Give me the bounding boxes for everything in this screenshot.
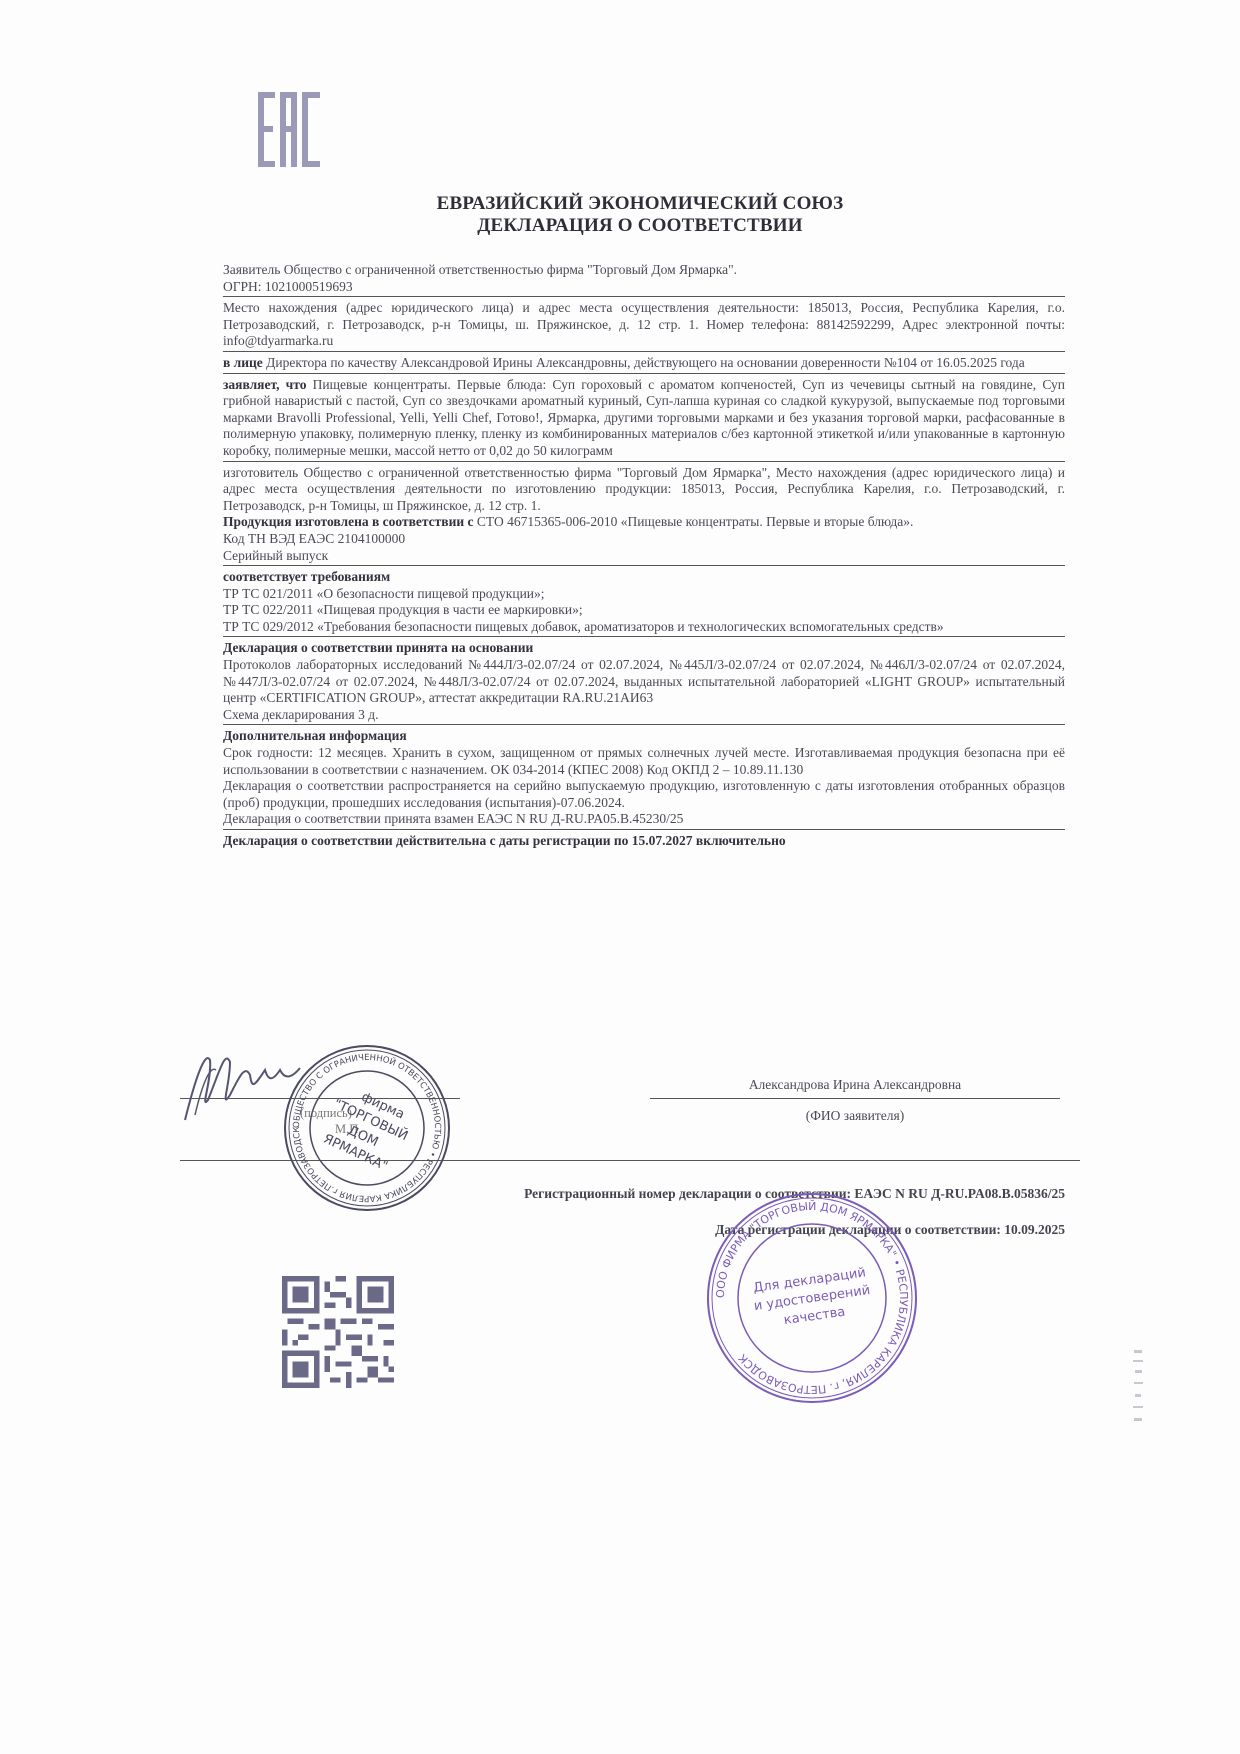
representative-label: в лице — [223, 355, 263, 370]
requirement-item: ТР ТС 021/2011 «О безопасности пищевой п… — [223, 586, 1065, 603]
declares-section: заявляет, что Пищевые концентраты. Первы… — [223, 377, 1065, 462]
requirement-item: ТР ТС 022/2011 «Пищевая продукция в част… — [223, 602, 1065, 619]
standard-text: СТО 46715365-006-2010 «Пищевые концентра… — [474, 514, 914, 529]
eac-mark-icon — [258, 92, 320, 167]
additional-heading: Дополнительная информация — [223, 728, 1065, 745]
fio-caption: (ФИО заявителя) — [660, 1108, 1050, 1124]
requirements-section: соответствует требованиям ТР ТС 021/2011… — [223, 569, 1065, 637]
declares-label: заявляет, что — [223, 377, 306, 392]
shelf-life: Срок годности: 12 месяцев. Хранить в сух… — [223, 745, 1065, 778]
fio-line — [650, 1098, 1060, 1099]
address-text: Место нахождения (адрес юридического лиц… — [223, 300, 1065, 348]
svg-text:ОБЩЕСТВО С ОГРАНИЧЕННОЙ ОТВЕТС: ОБЩЕСТВО С ОГРАНИЧЕННОЙ ОТВЕТСТВЕННОСТЬЮ… — [292, 1053, 442, 1203]
additional-section: Дополнительная информация Срок годности:… — [223, 728, 1065, 830]
title-declaration: ДЕКЛАРАЦИЯ О СООТВЕТСТВИИ — [380, 215, 900, 237]
manufacturer-section: изготовитель Общество с ограниченной отв… — [223, 465, 1065, 567]
requirements-heading: соответствует требованиям — [223, 569, 1065, 586]
basis-protocols: Протоколов лабораторных исследований №44… — [223, 657, 1065, 707]
declaration-page: ЕВРАЗИЙСКИЙ ЭКОНОМИЧЕСКИЙ СОЮЗ ДЕКЛАРАЦИ… — [0, 0, 1240, 1754]
hs-code: Код ТН ВЭД ЕАЭС 2104100000 — [223, 531, 1065, 548]
representative-text: Директора по качеству Александровой Ирин… — [263, 355, 1025, 370]
address-section: Место нахождения (адрес юридического лиц… — [223, 300, 1065, 352]
title-union: ЕВРАЗИЙСКИЙ ЭКОНОМИЧЕСКИЙ СОЮЗ — [380, 193, 900, 215]
validity-section: Декларация о соответствии действительна … — [223, 833, 1065, 851]
validity-text: Декларация о соответствии действительна … — [223, 833, 786, 848]
declaration-scheme: Схема декларирования 3 д. — [223, 707, 1065, 724]
document-title: ЕВРАЗИЙСКИЙ ЭКОНОМИЧЕСКИЙ СОЮЗ ДЕКЛАРАЦИ… — [380, 193, 900, 237]
scope-text: Декларация о соответствии распространяет… — [223, 778, 1065, 811]
manufacturer-text: изготовитель Общество с ограниченной отв… — [223, 465, 1065, 515]
scan-artifact-marks — [1130, 1350, 1146, 1430]
basis-heading: Декларация о соответствии принята на осн… — [223, 640, 1065, 657]
requirement-item: ТР ТС 029/2012 «Требования безопасности … — [223, 619, 1065, 636]
standard-label: Продукция изготовлена в соответствии с — [223, 514, 474, 529]
applicant-section: Заявитель Общество с ограниченной ответс… — [223, 262, 1065, 297]
replaces-text: Декларация о соответствии принята взамен… — [223, 811, 1065, 828]
qr-code-icon — [282, 1276, 394, 1388]
quality-seal-stamp: ООО ФИРМА "ТОРГОВЫЙ ДОМ ЯРМАРКА" • РЕСПУ… — [692, 1178, 932, 1418]
applicant-name: Заявитель Общество с ограниченной ответс… — [223, 262, 1065, 279]
serial-production: Серийный выпуск — [223, 548, 1065, 565]
document-body: Заявитель Общество с ограниченной ответс… — [223, 262, 1065, 854]
representative-section: в лице Директора по качеству Александров… — [223, 355, 1065, 374]
product-description: Пищевые концентраты. Первые блюда: Суп г… — [223, 377, 1065, 458]
applicant-fio: Александрова Ирина Александровна — [660, 1077, 1050, 1093]
basis-section: Декларация о соответствии принята на осн… — [223, 640, 1065, 725]
applicant-ogrn: ОГРН: 1021000519693 — [223, 279, 1065, 296]
